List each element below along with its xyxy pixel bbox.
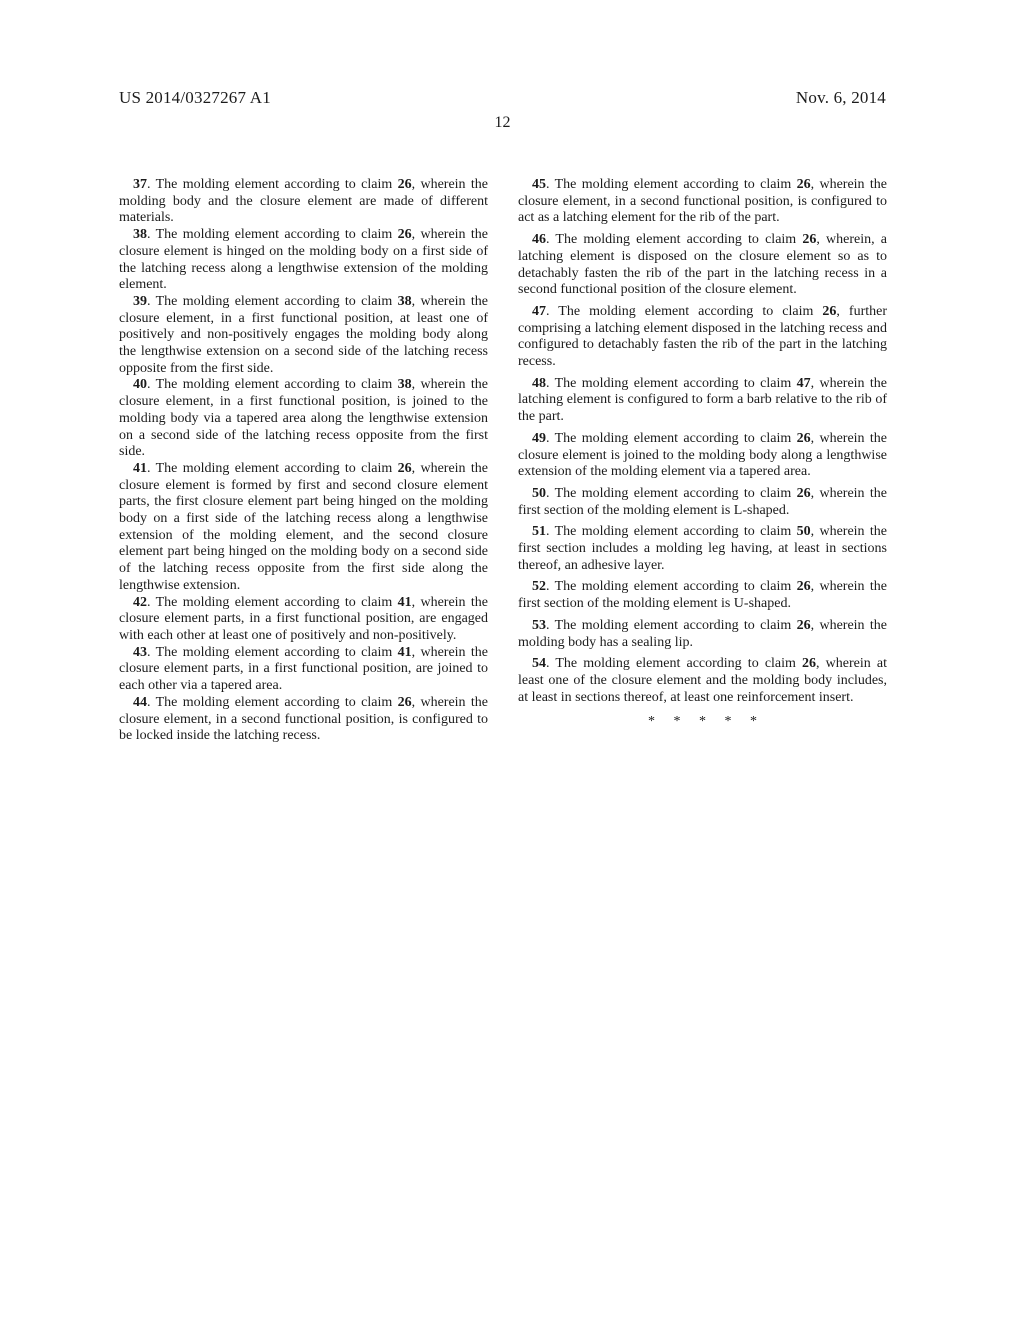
claim-37: 37. The molding element according to cla… [119, 177, 488, 227]
claim-text: . The molding element according to claim [546, 376, 797, 391]
claim-reference-number: 26 [802, 232, 816, 247]
claim-number: 38 [133, 227, 147, 242]
claim-reference-number: 47 [797, 376, 811, 391]
claim-number: 44 [133, 695, 147, 710]
claim-reference-number: 26 [822, 304, 836, 319]
claim-reference-number: 26 [398, 695, 412, 710]
claim-reference-number: 26 [797, 177, 811, 192]
claim-text: , wherein the closure element is formed … [119, 461, 488, 593]
claim-42: 42. The molding element according to cla… [119, 595, 488, 645]
claim-text: . The molding element according to claim [147, 294, 398, 309]
claim-text: . The molding element according to claim [147, 695, 398, 710]
claim-reference-number: 26 [797, 486, 811, 501]
claims-body: 37. The molding element according to cla… [119, 177, 887, 745]
claim-reference-number: 26 [398, 227, 412, 242]
claim-text: . The molding element according to claim [147, 177, 398, 192]
claim-number: 45 [532, 177, 546, 192]
claim-number: 41 [133, 461, 147, 476]
claim-text: . The molding element according to claim [546, 177, 797, 192]
claims-column-left: 37. The molding element according to cla… [119, 177, 488, 745]
claim-reference-number: 26 [797, 618, 811, 633]
claim-38: 38. The molding element according to cla… [119, 227, 488, 294]
claim-number: 52 [532, 579, 546, 594]
page-number: 12 [119, 114, 886, 132]
claim-40: 40. The molding element according to cla… [119, 377, 488, 461]
claim-43: 43. The molding element according to cla… [119, 645, 488, 695]
claim-number: 43 [133, 645, 147, 660]
claim-reference-number: 26 [398, 177, 412, 192]
claim-number: 48 [532, 376, 546, 391]
claim-text: . The molding element according to claim [546, 304, 822, 319]
claim-number: 40 [133, 377, 147, 392]
claim-53: 53. The molding element according to cla… [518, 618, 887, 651]
claim-text: . The molding element according to claim [546, 656, 802, 671]
claim-reference-number: 26 [802, 656, 816, 671]
claim-number: 50 [532, 486, 546, 501]
claim-reference-number: 26 [398, 461, 412, 476]
claim-text: . The molding element according to claim [147, 377, 398, 392]
claim-text: . The molding element according to claim [546, 486, 797, 501]
claim-number: 42 [133, 595, 147, 610]
claims-end-marker: * * * * * [518, 714, 887, 731]
claim-51: 51. The molding element according to cla… [518, 524, 887, 574]
claim-reference-number: 50 [797, 524, 811, 539]
claim-number: 51 [532, 524, 546, 539]
claim-number: 53 [532, 618, 546, 633]
claim-text: . The molding element according to claim [546, 579, 797, 594]
claim-number: 37 [133, 177, 147, 192]
claim-39: 39. The molding element according to cla… [119, 294, 488, 378]
claim-54: 54. The molding element according to cla… [518, 656, 887, 706]
claim-text: . The molding element according to claim [147, 461, 398, 476]
claim-text: . The molding element according to claim [546, 524, 797, 539]
claim-reference-number: 26 [797, 579, 811, 594]
claim-45: 45. The molding element according to cla… [518, 177, 887, 227]
claim-49: 49. The molding element according to cla… [518, 431, 887, 481]
patent-page: US 2014/0327267 A1 Nov. 6, 2014 12 37. T… [0, 0, 1024, 1320]
claim-number: 47 [532, 304, 546, 319]
claim-number: 46 [532, 232, 546, 247]
claim-text: . The molding element according to claim [546, 232, 802, 247]
publication-number: US 2014/0327267 A1 [119, 88, 271, 108]
claim-text: . The molding element according to claim [546, 431, 797, 446]
claim-text: . The molding element according to claim [147, 645, 398, 660]
claim-number: 54 [532, 656, 546, 671]
running-header: US 2014/0327267 A1 Nov. 6, 2014 [119, 88, 886, 108]
claim-text: . The molding element according to claim [147, 227, 398, 242]
claim-reference-number: 38 [398, 294, 412, 309]
claim-number: 39 [133, 294, 147, 309]
claim-48: 48. The molding element according to cla… [518, 376, 887, 426]
claim-47: 47. The molding element according to cla… [518, 304, 887, 371]
claims-column-right: 45. The molding element according to cla… [518, 177, 887, 745]
claim-reference-number: 26 [797, 431, 811, 446]
claim-50: 50. The molding element according to cla… [518, 486, 887, 519]
claim-text: . The molding element according to claim [147, 595, 398, 610]
claim-reference-number: 41 [398, 645, 412, 660]
claim-reference-number: 38 [398, 377, 412, 392]
claim-number: 49 [532, 431, 546, 446]
claim-reference-number: 41 [398, 595, 412, 610]
claim-46: 46. The molding element according to cla… [518, 232, 887, 299]
claim-52: 52. The molding element according to cla… [518, 579, 887, 612]
claim-text: . The molding element according to claim [546, 618, 797, 633]
publication-date: Nov. 6, 2014 [796, 88, 886, 108]
claim-41: 41. The molding element according to cla… [119, 461, 488, 595]
claim-44: 44. The molding element according to cla… [119, 695, 488, 745]
